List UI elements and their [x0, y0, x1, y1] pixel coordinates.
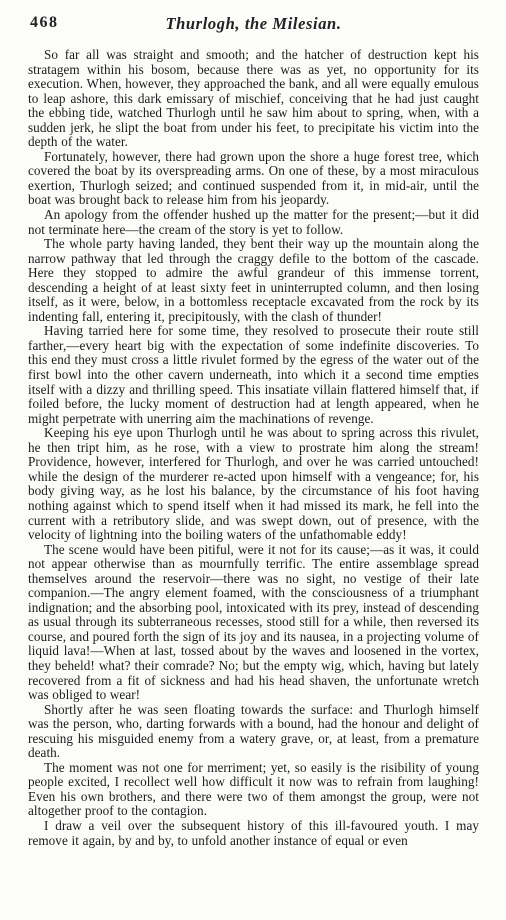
paragraph: Shortly after he was seen floating towar… — [28, 703, 479, 761]
book-page: 468 Thurlogh, the Milesian. So far all w… — [0, 0, 506, 920]
paragraph: Fortunately, however, there had grown up… — [28, 150, 479, 208]
paragraph: The whole party having landed, they bent… — [28, 237, 479, 324]
paragraph: So far all was straight and smooth; and … — [28, 48, 479, 150]
paragraph: Keeping his eye upon Thurlogh until he w… — [28, 426, 479, 542]
paragraph: I draw a veil over the subsequent histor… — [28, 819, 479, 848]
paragraph: The scene would have been pitiful, were … — [28, 543, 479, 703]
running-title: Thurlogh, the Milesian. — [28, 12, 479, 34]
page-header: 468 Thurlogh, the Milesian. — [28, 12, 479, 36]
page-number: 468 — [30, 14, 59, 32]
paragraph: An apology from the offender hushed up t… — [28, 208, 479, 237]
page-body: So far all was straight and smooth; and … — [28, 48, 479, 848]
paragraph: Having tarried here for some time, they … — [28, 324, 479, 426]
paragraph: The moment was not one for merriment; ye… — [28, 761, 479, 819]
